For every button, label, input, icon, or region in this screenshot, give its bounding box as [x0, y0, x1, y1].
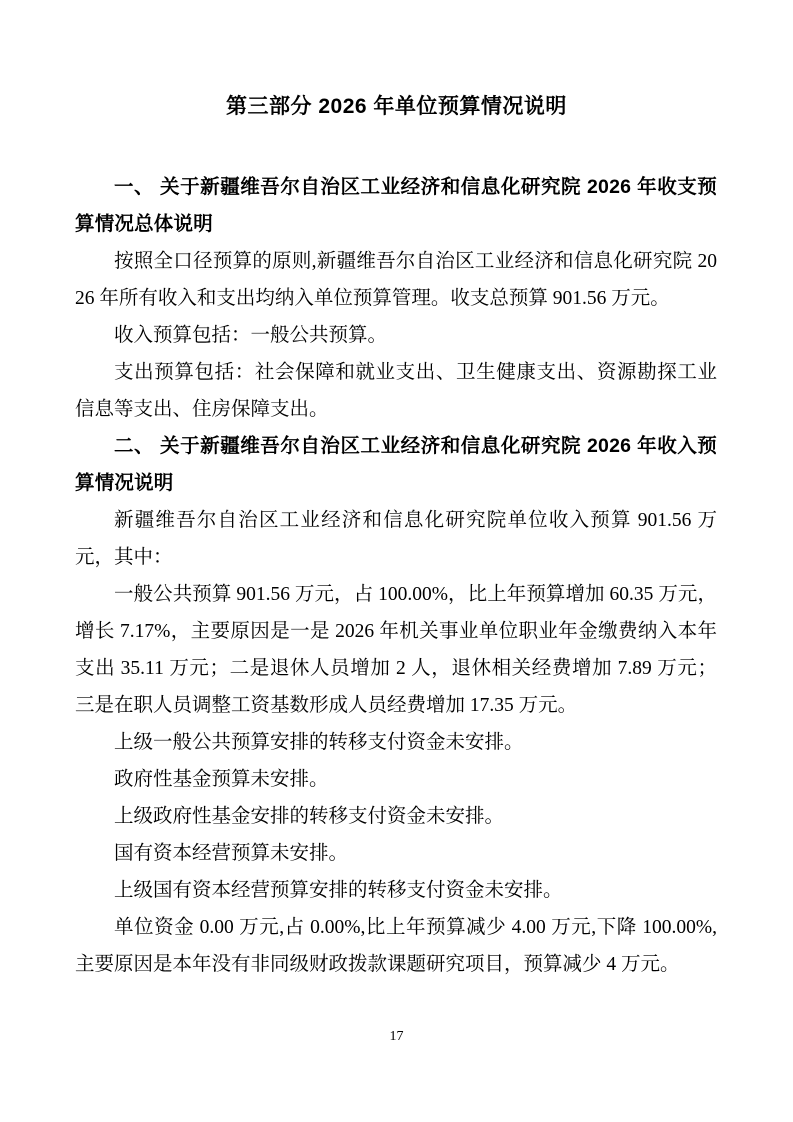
document-title: 第三部分 2026 年单位预算情况说明: [0, 0, 793, 122]
section-2-heading: 二、 关于新疆维吾尔自治区工业经济和信息化研究院 2026 年收入预算情况说明: [75, 428, 717, 502]
paragraph-unit-funds: 单位资金 0.00 万元,占 0.00%,比上年预算减少 4.00 万元,下降 …: [75, 909, 717, 983]
paragraph-income-includes: 收入预算包括：一般公共预算。: [75, 317, 717, 354]
section-1-heading: 一、 关于新疆维吾尔自治区工业经济和信息化研究院 2026 年收支预算情况总体说…: [75, 169, 717, 243]
paragraph-superior-general-transfer: 上级一般公共预算安排的转移支付资金未安排。: [75, 724, 717, 761]
paragraph-gov-fund-budget: 政府性基金预算未安排。: [75, 761, 717, 798]
paragraph-income-total: 新疆维吾尔自治区工业经济和信息化研究院单位收入预算 901.56 万元，其中：: [75, 502, 717, 576]
paragraph-general-public-budget-detail: 一般公共预算 901.56 万元，占 100.00%，比上年预算增加 60.35…: [75, 576, 717, 724]
page-number: 17: [0, 1029, 793, 1045]
paragraph-total-budget: 按照全口径预算的原则,新疆维吾尔自治区工业经济和信息化研究院 2026 年所有收…: [75, 243, 717, 317]
paragraph-expenditure-includes: 支出预算包括：社会保障和就业支出、卫生健康支出、资源勘探工业信息等支出、住房保障…: [75, 354, 717, 428]
paragraph-state-capital-budget: 国有资本经营预算未安排。: [75, 835, 717, 872]
paragraph-superior-state-capital-transfer: 上级国有资本经营预算安排的转移支付资金未安排。: [75, 872, 717, 909]
document-page: 第三部分 2026 年单位预算情况说明 一、 关于新疆维吾尔自治区工业经济和信息…: [0, 0, 793, 1122]
paragraph-superior-gov-fund-transfer: 上级政府性基金安排的转移支付资金未安排。: [75, 798, 717, 835]
document-body: 一、 关于新疆维吾尔自治区工业经济和信息化研究院 2026 年收支预算情况总体说…: [75, 169, 717, 983]
